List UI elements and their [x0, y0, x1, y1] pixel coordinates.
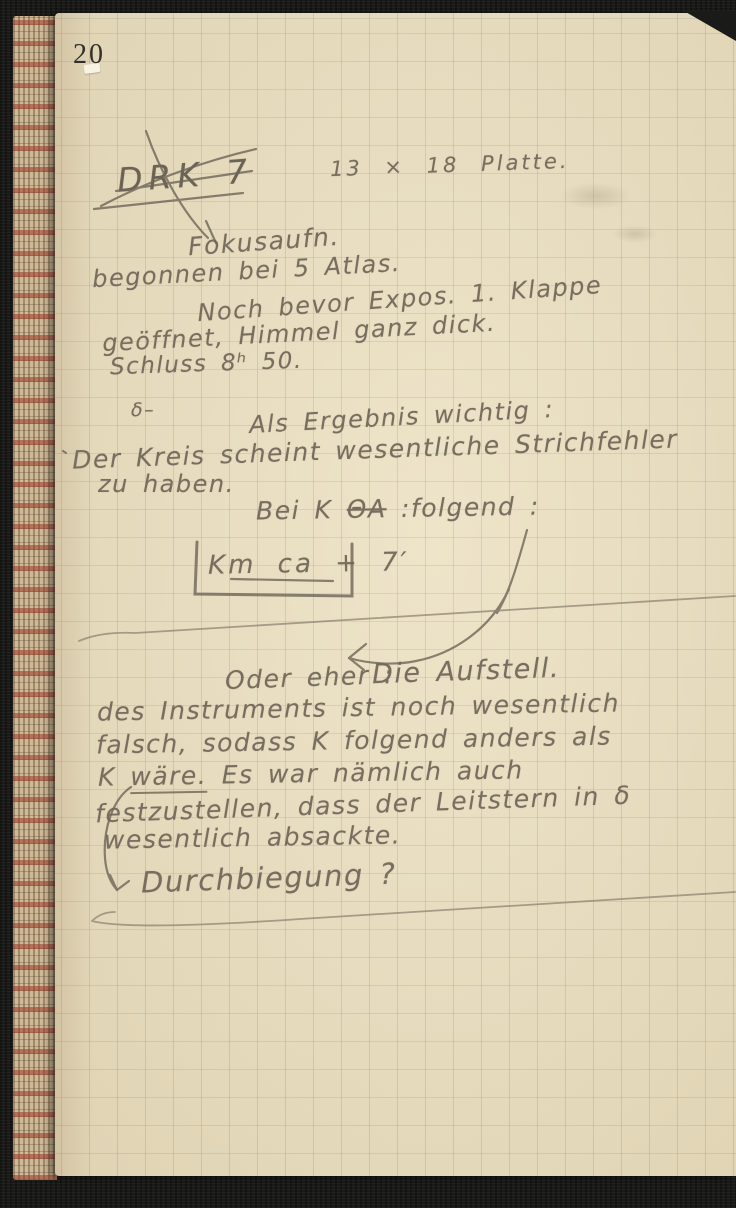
handwriting-delta: δ–	[131, 399, 155, 421]
handwriting-zu-haben: zu haben.	[98, 470, 235, 498]
handwriting-formula: Km ca + 7′	[208, 547, 410, 581]
pencil-smudge	[548, 178, 643, 214]
handwriting-bei-k: Bei K ΘA :folgend :	[256, 492, 540, 526]
handwriting-die-aufstell: Die Aufstell.	[372, 653, 561, 691]
page-edge-stack	[13, 16, 57, 1180]
underlined-waere: wäre.	[130, 761, 207, 794]
handwriting-wesentlich: wesentlich absackte.	[104, 820, 402, 854]
handwriting-oder-eher: Oder eher :	[225, 660, 395, 695]
notebook-photo: 20 /* placeholder: real bind set below v…	[0, 0, 736, 1208]
pencil-smudge	[605, 222, 665, 246]
struck-theta-a: ΘA	[347, 494, 387, 524]
